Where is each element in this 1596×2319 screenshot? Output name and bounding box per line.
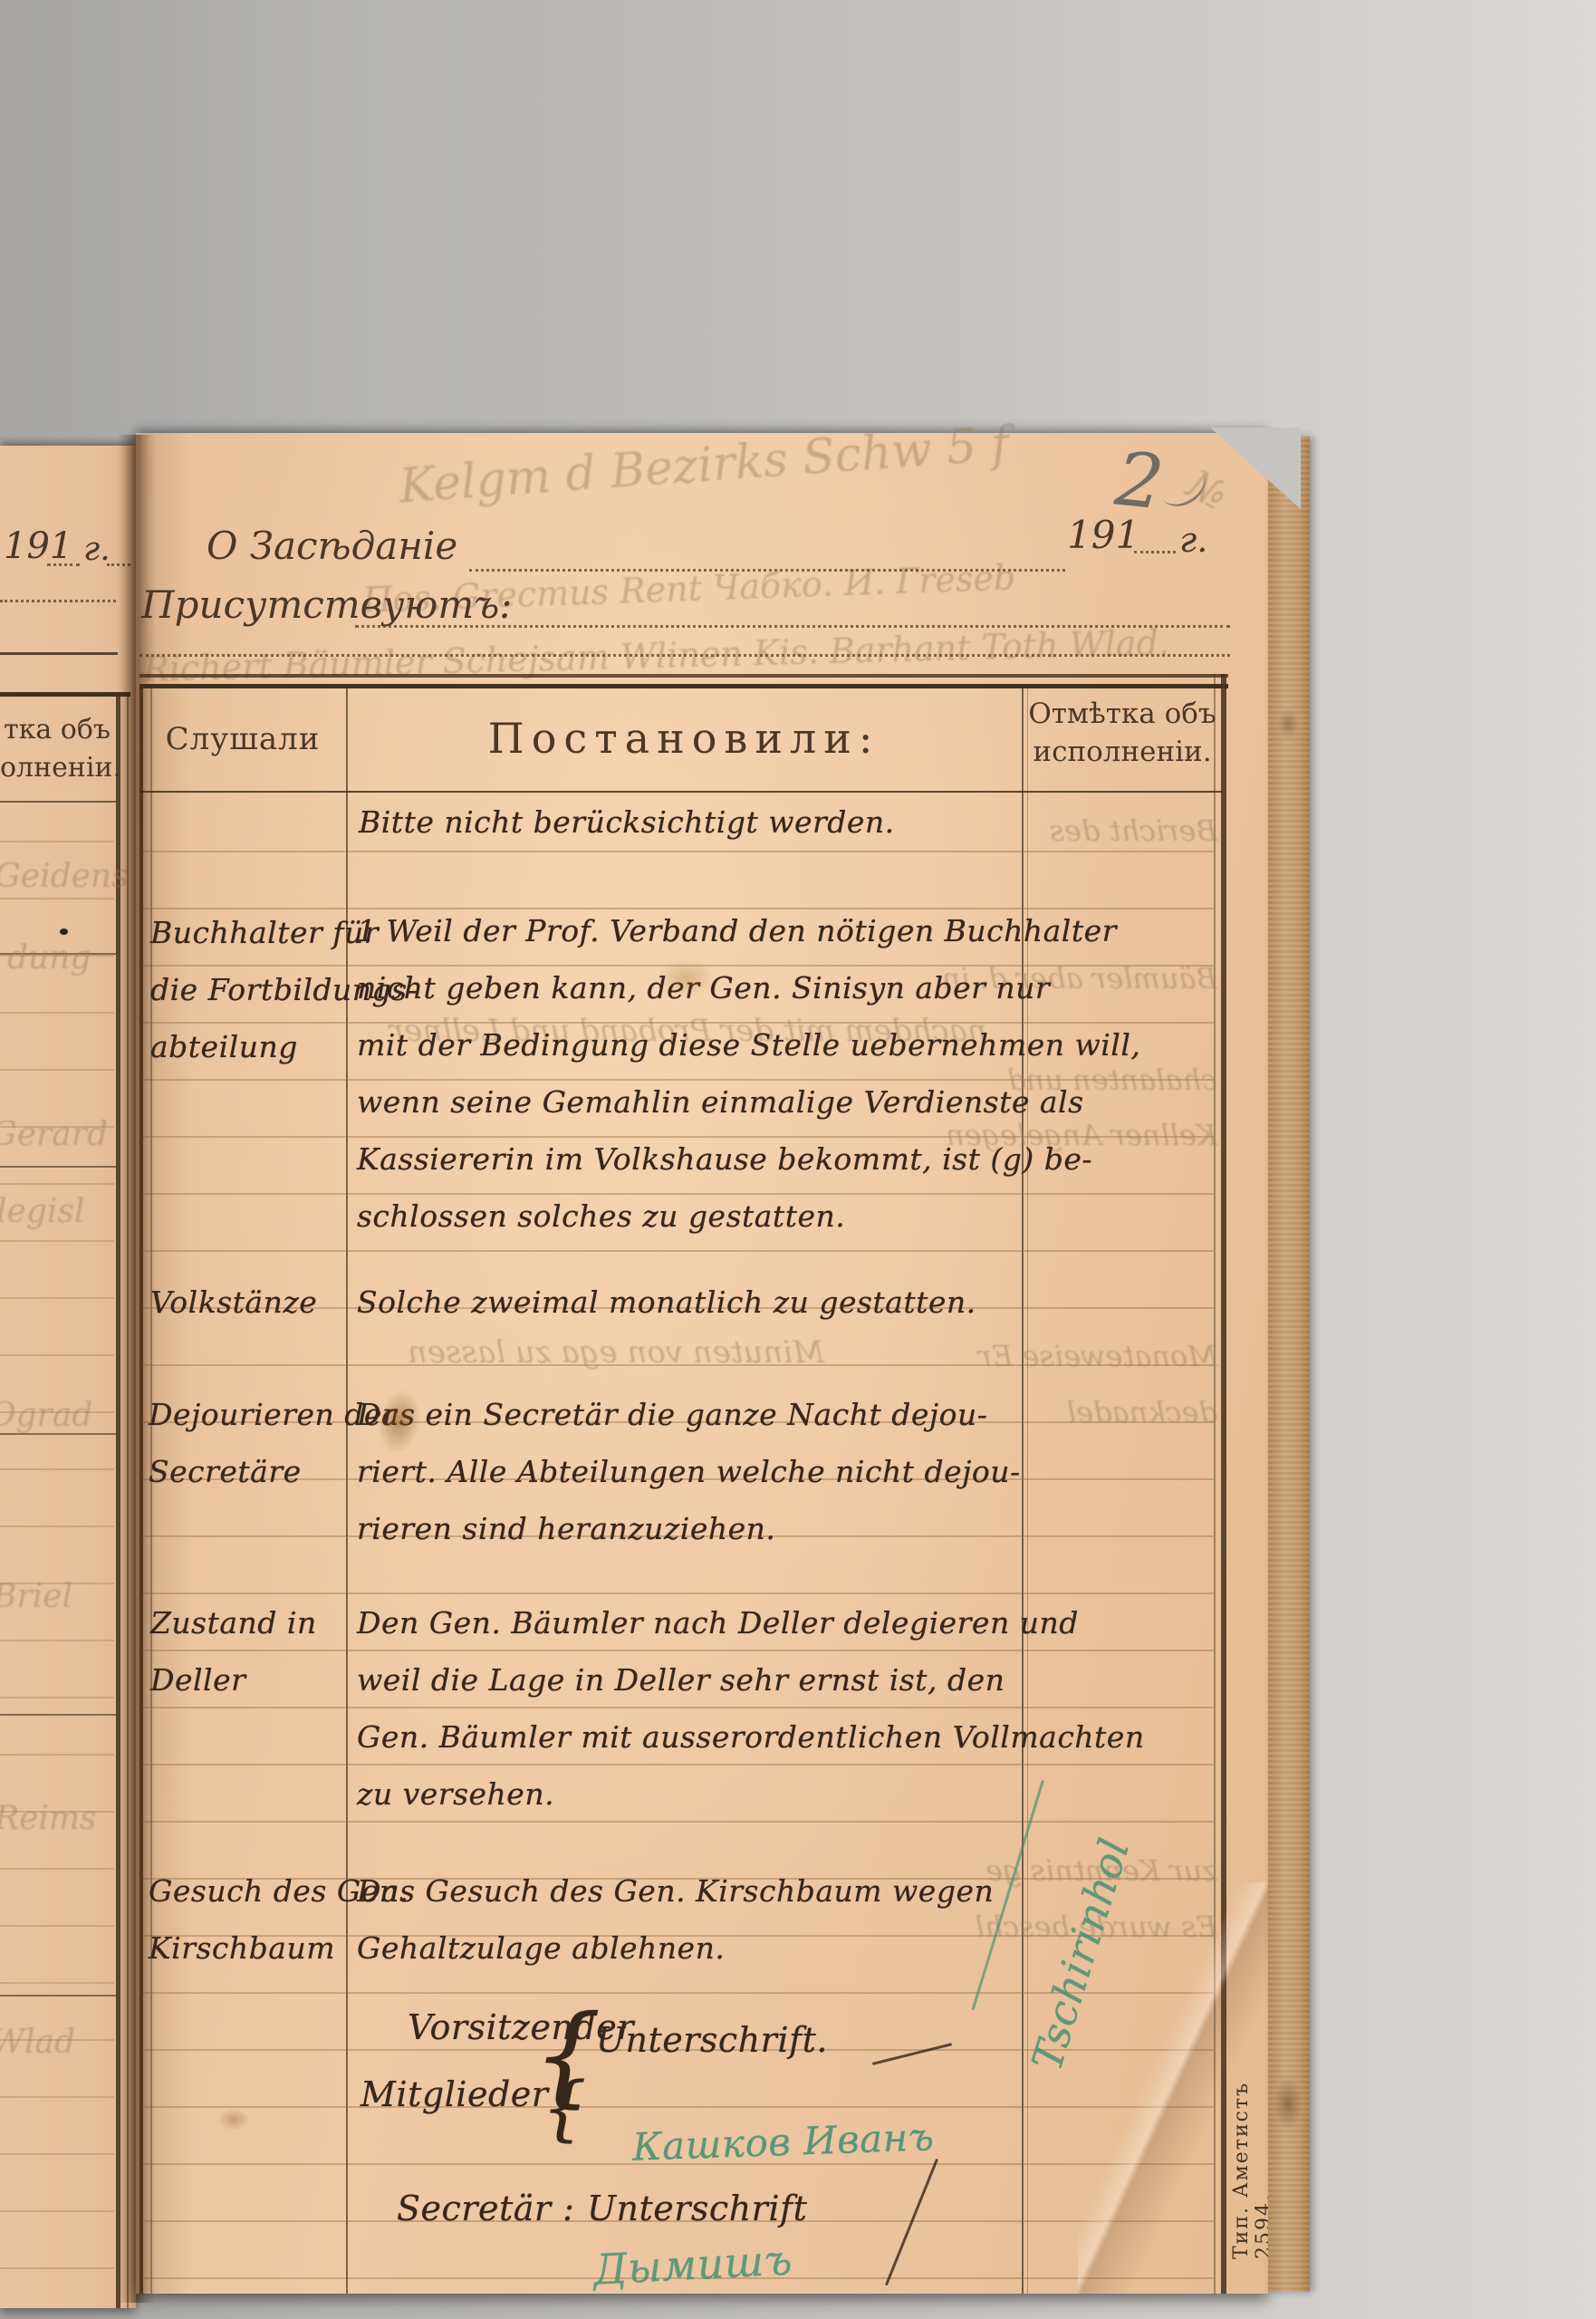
printer-mark: Тип. Аметистъ 2594. [1230, 2069, 1257, 2259]
left-ruled-dotted-line [0, 600, 116, 602]
left-table-right-border [116, 692, 120, 2308]
year-dotted-line [1134, 551, 1176, 553]
decision-entry: Bitte nicht berücksichtigt werden. [359, 794, 895, 851]
mitglieder-label: Mitglieder [361, 2074, 548, 2114]
table-top-border [139, 684, 1228, 688]
header-dotted-line-3 [139, 654, 1230, 657]
handwriting-line: Bitte nicht berücksichtigt werden. [359, 794, 895, 851]
handwriting-line: mit der Bedingung diese Stelle uebernehm… [357, 1016, 1140, 1073]
left-year-dotted-line [47, 563, 80, 566]
ghost-handwriting: Es wurde beschl [1025, 1910, 1217, 1944]
left-column-header-line2: олненіи. [0, 752, 121, 784]
ghost-handwriting: Minuten von ega zu lassen [408, 1334, 824, 1371]
col3-header-line1: Отмѣтка объ [1022, 698, 1223, 730]
left-table-right-border-thin [127, 692, 129, 2308]
table-header-underline [139, 791, 1223, 793]
col1-header: Слушали [139, 721, 346, 757]
decision-entry: Das ein Secretär die ganze Nacht dejou- … [357, 1386, 1021, 1557]
ghost-handwriting: Briel [0, 1578, 72, 1615]
ink-dot [60, 929, 68, 935]
present-dotted-line [355, 625, 1230, 628]
scanned-ledger-page: { "colors": { "paper": "#ecc5a2", "ink":… [0, 0, 1596, 2319]
decision-entry: Solche zweimal monatlich zu gestatten. [357, 1274, 976, 1331]
left-solid-line [0, 652, 118, 655]
handwriting-line: wenn seine Gemahlin einmalige Verdienste… [357, 1073, 1140, 1131]
handwriting-line: Den Gen. Bäumler nach Deller delegieren … [357, 1594, 1145, 1651]
left-row-line [0, 1166, 116, 1168]
handwriting-line: schlossen solches zu gestatten. [357, 1188, 1140, 1245]
topic-entry: Volkstänze [150, 1274, 317, 1331]
decision-entry: 1 Weil der Prof. Verband den nötigen Buc… [357, 902, 1140, 1245]
left-column-header-line1: тка объ [4, 714, 111, 746]
session-label: О Засѣданіе [207, 524, 457, 568]
edge-stain [1274, 2076, 1303, 2131]
ghost-handwriting: Monateweise Er [1025, 1339, 1217, 1373]
ghost-handwriting: Gerard [0, 1116, 108, 1153]
handwriting-line: Deller [150, 1651, 317, 1708]
session-dotted-line [469, 569, 1065, 572]
handwriting-line: Zustand in [150, 1594, 317, 1651]
handwriting-line: Kassiererin im Volkshause bekommt, ist (… [357, 1131, 1140, 1188]
present-label: Присутствуютъ: [141, 582, 512, 627]
handwriting-line: zu versehen. [357, 1766, 1145, 1823]
decision-entry: Das Gesuch des Gen. Kirschbaum wegen Geh… [357, 1862, 994, 1977]
unterschrift-label-1: Unterschrift. [596, 2020, 828, 2060]
decision-entry: Den Gen. Bäumler nach Deller delegieren … [357, 1594, 1145, 1823]
left-row-line [0, 1995, 116, 1997]
table-right-border-thin [1214, 674, 1216, 2294]
handwriting-line: 1 Weil der Prof. Verband den nötigen Buc… [357, 902, 1140, 959]
handwriting-line: nicht geben kann, der Gen. Sinisyn aber … [357, 959, 1140, 1016]
ghost-handwriting: Ograd [0, 1397, 92, 1434]
ghost-handwriting: Wlad [0, 2024, 75, 2061]
unterschrift-label-2: Unterschrift [587, 2189, 807, 2228]
handwriting-line: Solche zweimal monatlich zu gestatten. [357, 1274, 976, 1331]
main-page: Kelgm d Bezirks Schw 5 f Пos. Grecmus Re… [136, 433, 1268, 2294]
handwriting-line: rieren sind heranzuziehen. [357, 1500, 1021, 1557]
ghost-handwriting: legisl [0, 1193, 84, 1230]
secretar-label: Secretär : [397, 2189, 574, 2228]
ghost-handwriting: Kelgm d Bezirks Schw 5 f [398, 418, 1011, 515]
handwriting-line: riert. Alle Abteilungen welche nicht dej… [357, 1443, 1021, 1500]
ghost-handwriting: Geidens [0, 858, 129, 895]
left-year-dotted-line-2 [107, 563, 130, 566]
left-year-label: 191 [4, 525, 72, 567]
left-year-suffix: г. [83, 531, 111, 568]
handwriting-line: Volkstänze [150, 1274, 317, 1331]
ghost-handwriting: decknadel [1025, 1395, 1217, 1429]
signature-brace-small: { [542, 2064, 587, 2154]
edge-stain [1277, 708, 1299, 739]
left-ruled-lines [0, 785, 114, 2308]
col2-header: Постановили: [346, 714, 1022, 763]
table-right-border [1221, 674, 1226, 2294]
handwriting-line: Das ein Secretär die ganze Nacht dejou- [357, 1386, 1021, 1443]
book-page-stack-edge [1268, 437, 1310, 2292]
topic-entry: Zustand in Deller [150, 1594, 317, 1708]
handwriting-line: Gen. Bäumler mit ausserordentlichen Voll… [357, 1708, 1145, 1766]
secretary-signature-green: Дымишъ [592, 2235, 793, 2294]
left-row-line [0, 1714, 116, 1716]
col3-header-line2: исполненіи. [1022, 736, 1223, 768]
left-table-top-border [0, 692, 130, 697]
handwriting-line: Das Gesuch des Gen. Kirschbaum wegen [357, 1862, 994, 1920]
table-top-border-outer [139, 674, 1228, 678]
ghost-handwriting: dung [7, 939, 91, 977]
ghost-handwriting: Bericht des [1025, 813, 1217, 848]
handwriting-line: weil die Lage in Deller sehr ernst ist, … [357, 1651, 1145, 1708]
page-corner-cut [1210, 428, 1301, 509]
left-page-edge: 191 г. тка объ олненіи. Geidens dung Ger… [0, 446, 136, 2308]
year-suffix: г. [1179, 520, 1207, 560]
ghost-handwriting: Reims [0, 1800, 97, 1837]
handwriting-line: Gehaltzulage ablehnen. [357, 1920, 994, 1977]
